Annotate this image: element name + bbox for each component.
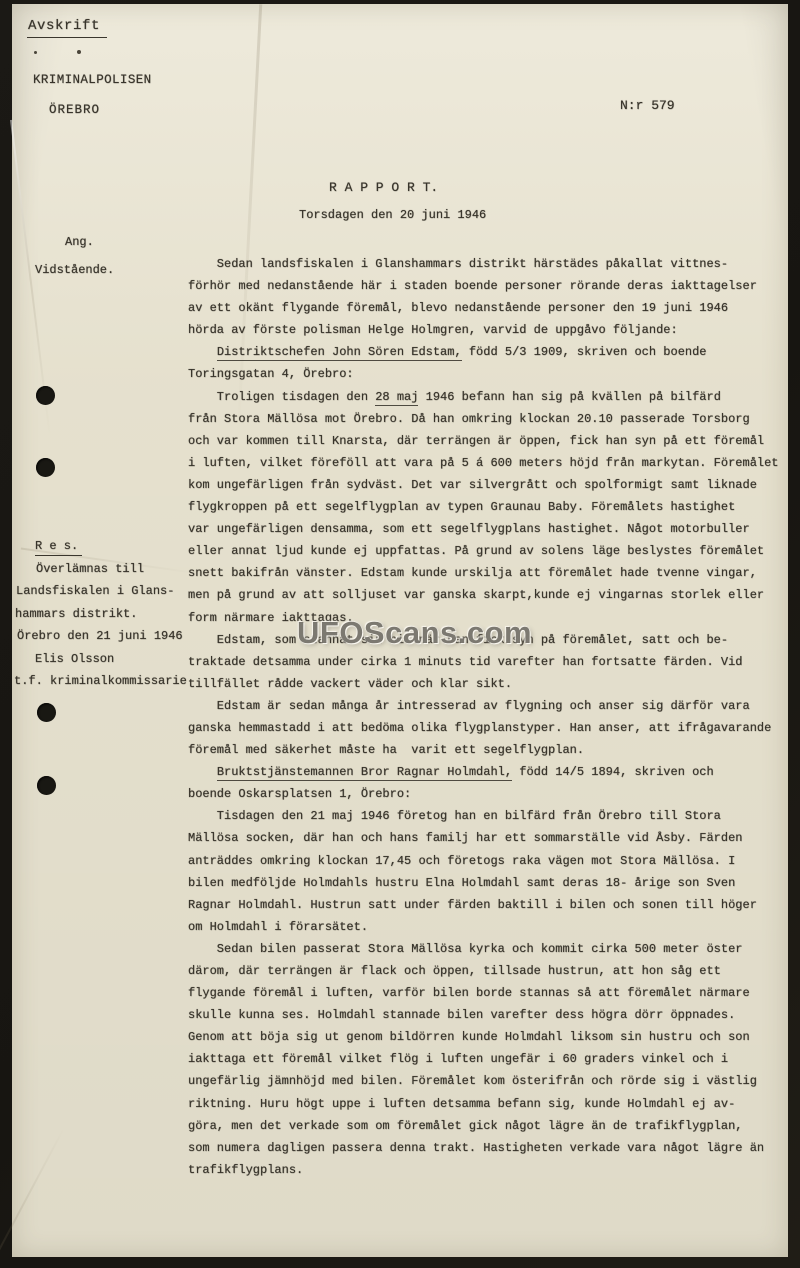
body-line: förhör med nedanstående här i staden boe… xyxy=(188,279,794,301)
agency-city: ÖREBRO xyxy=(49,103,100,117)
underlined-text: Bruktstjänstemannen Bror Ragnar Holmdahl… xyxy=(217,765,512,781)
paper-speck xyxy=(77,50,81,54)
resolution-title: R e s. xyxy=(35,539,82,556)
body-line: som numera dagligen passera denna trakt.… xyxy=(188,1141,794,1163)
body-line: Ragnar Holmdahl. Hustrun satt under färd… xyxy=(188,898,794,920)
body-line: flygande föremål i luften, varför bilen … xyxy=(188,986,794,1008)
resolution-line: Överlämnas till xyxy=(36,562,194,584)
body-line: boende Oskarsplatsen 1, Örebro: xyxy=(188,787,794,809)
resolution-line: Landsfiskalen i Glans- xyxy=(16,584,194,606)
punch-hole xyxy=(37,776,56,795)
punch-hole xyxy=(36,386,55,405)
body-line: Sedan bilen passerat Stora Mällösa kyrka… xyxy=(188,942,794,964)
body-line: Distriktschefen John Sören Edstam, född … xyxy=(188,345,794,367)
body-line: kom ungefärligen från sydväst. Det var s… xyxy=(188,478,794,500)
body-line: trafikflygplans. xyxy=(188,1163,794,1185)
body-line: traktade detsamma under cirka 1 minuts t… xyxy=(188,655,794,677)
punch-hole xyxy=(37,703,56,722)
resolution-line: Örebro den 21 juni 1946 xyxy=(17,629,194,651)
body-line: ganska hemmastadd i att bedöma olika fly… xyxy=(188,721,794,743)
report-title: R A P P O R T. xyxy=(329,180,438,195)
body-line: göra, men det verkade som om föremålet g… xyxy=(188,1119,794,1141)
body-line: bilen medföljde Holmdahls hustru Elna Ho… xyxy=(188,876,794,898)
body-line: av ett okänt flygande föremål, blevo ned… xyxy=(188,301,794,323)
body-line: iakttaga ett föremål vilket flög i lufte… xyxy=(188,1052,794,1074)
body-line: Mällösa socken, där han och hans familj … xyxy=(188,831,794,853)
body-line: Tisdagen den 21 maj 1946 företog han en … xyxy=(188,809,794,831)
body-line: Edstam är sedan många år intresserad av … xyxy=(188,699,794,721)
body-line: skulle kunna ses. Holmdahl stannade bile… xyxy=(188,1008,794,1030)
body-line: riktning. Huru högt uppe i luften detsam… xyxy=(188,1097,794,1119)
body-line: om Holmdahl i förarsätet. xyxy=(188,920,794,942)
body-line: var ungefärligen densamma, som ett segel… xyxy=(188,522,794,544)
body-line: Troligen tisdagen den 28 maj 1946 befann… xyxy=(188,390,794,412)
report-date: Torsdagen den 20 juni 1946 xyxy=(299,208,486,222)
body-line: och var kommen till Knarsta, där terräng… xyxy=(188,434,794,456)
body-line: Bruktstjänstemannen Bror Ragnar Holmdahl… xyxy=(188,765,794,787)
resolution-line: t.f. kriminalkommissarie xyxy=(14,674,194,696)
regarding-label: Ang. xyxy=(65,235,94,249)
body-text: Sedan landsfiskalen i Glanshammars distr… xyxy=(188,257,794,1185)
regarding-value: Vidstående. xyxy=(35,263,114,277)
agency-name: KRIMINALPOLISEN xyxy=(33,73,152,87)
body-line: Toringsgatan 4, Örebro: xyxy=(188,367,794,389)
body-line: i luften, vilket föreföll att vara på 5 … xyxy=(188,456,794,478)
body-line: anträddes omkring klockan 17,45 och före… xyxy=(188,854,794,876)
resolution-line: hammars distrikt. xyxy=(15,607,194,629)
body-line: men på grund av att solljuset var ganska… xyxy=(188,588,794,610)
body-line: Sedan landsfiskalen i Glanshammars distr… xyxy=(188,257,794,279)
underlined-text: Distriktschefen John Sören Edstam, xyxy=(217,345,462,361)
body-line: snett bakifrån vänster. Edstam kunde urs… xyxy=(188,566,794,588)
scanned-document-page: { "page": { "stamp_label": "Avskrift", "… xyxy=(0,0,800,1268)
body-line: flygkroppen på ett segelflygplan av type… xyxy=(188,500,794,522)
body-line: föremål med säkerhet måste ha varit ett … xyxy=(188,743,794,765)
body-line: tillfället rådde vackert väder och klar … xyxy=(188,677,794,699)
paper-speck xyxy=(34,51,37,54)
underlined-text: 28 maj xyxy=(375,390,418,406)
document-number: N:r 579 xyxy=(620,98,675,113)
body-line: hörda av förste polisman Helge Holmgren,… xyxy=(188,323,794,345)
watermark-ufoscans: UFOScans.com xyxy=(297,615,532,651)
body-line: från Stora Mällösa mot Örebro. Då han om… xyxy=(188,412,794,434)
body-line: eller annat ljud kunde ej uppfattas. På … xyxy=(188,544,794,566)
resolution-lines: Överlämnas tillLandsfiskalen i Glans-ham… xyxy=(14,562,194,696)
resolution-line: Elis Olsson xyxy=(35,652,194,674)
body-line: Genom att böja sig ut genom bildörren ku… xyxy=(188,1030,794,1052)
punch-hole xyxy=(36,458,55,477)
copy-stamp-label: Avskrift xyxy=(27,18,107,38)
body-line: ungefärlig jämnhöjd med bilen. Föremålet… xyxy=(188,1074,794,1096)
body-line: därom, där terrängen är flack och öppen,… xyxy=(188,964,794,986)
